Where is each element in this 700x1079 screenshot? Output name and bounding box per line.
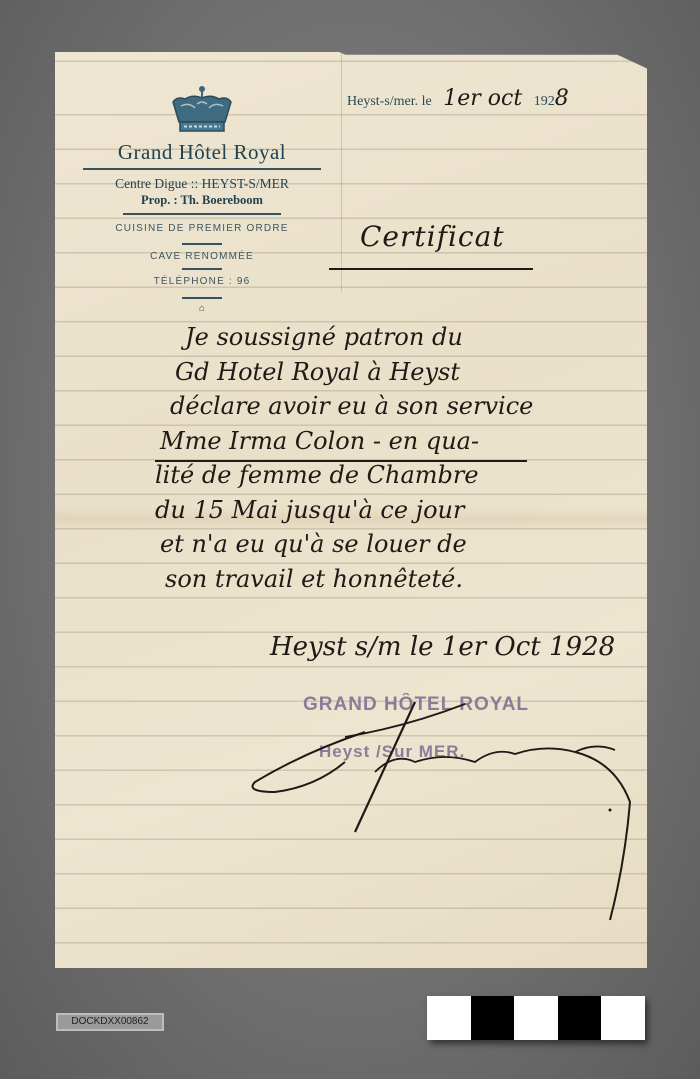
crown-icon [167, 84, 237, 136]
hotel-name: Grand Hôtel Royal [77, 140, 327, 165]
scale-swatch-white [514, 996, 558, 1040]
letterhead: Grand Hôtel Royal Centre Digue :: HEYST-… [77, 84, 327, 313]
proprietor: Prop. : Th. Boereboom [77, 193, 327, 208]
closing-place-date: Heyst s/m le 1er Oct 1928 [270, 632, 615, 662]
divider [123, 213, 281, 215]
dateline-year: 192 [534, 94, 555, 109]
certificate-body: Je soussigné patron du Gd Hotel Royal à … [155, 320, 650, 596]
body-line: déclare avoir eu à son service [155, 389, 650, 424]
hotel-address: Centre Digue :: HEYST-S/MER [77, 176, 327, 192]
scale-swatch-white [427, 996, 471, 1040]
body-line: Mme Irma Colon - en qua- [155, 424, 650, 459]
margin-line [341, 52, 342, 292]
ornament-icon: ⌂ [77, 305, 327, 313]
dateline-prefix: Heyst-s/mer. le [347, 94, 432, 109]
body-line: lité de femme de Chambre [155, 458, 650, 493]
body-line: son travail et honnêteté. [155, 562, 650, 597]
letter-sheet: Grand Hôtel Royal Centre Digue :: HEYST-… [55, 52, 647, 968]
letterhead-cuisine: CUISINE DE PREMIER ORDRE [77, 223, 327, 234]
divider [182, 297, 222, 299]
scale-swatch-black [558, 996, 602, 1040]
color-scale-bar [427, 996, 645, 1040]
body-line: Je soussigné patron du [155, 320, 650, 355]
signature [245, 692, 645, 922]
divider [182, 268, 222, 270]
scale-swatch-white [601, 996, 645, 1040]
body-line: et n'a eu qu'à se louer de [155, 527, 650, 562]
name-underline [155, 460, 527, 462]
archive-id-label: DOCKDXX00862 [56, 1013, 164, 1031]
letterhead-cave: CAVE RENOMMÉE [77, 251, 327, 262]
divider [83, 168, 321, 170]
body-line: du 15 Mai jusqu'à ce jour [155, 493, 650, 528]
letterhead-telephone: TÉLÉPHONE : 96 [77, 276, 327, 287]
scale-swatch-black [471, 996, 515, 1040]
divider [182, 243, 222, 245]
document-title: Certificat [360, 220, 505, 253]
body-line: Gd Hotel Royal à Heyst [155, 355, 650, 390]
handwritten-date: 1er oct [443, 86, 522, 111]
title-underline [329, 268, 533, 270]
handwritten-year-digit: 8 [555, 86, 569, 111]
dateline: Heyst-s/mer. le 1er oct 1928 [347, 86, 569, 111]
